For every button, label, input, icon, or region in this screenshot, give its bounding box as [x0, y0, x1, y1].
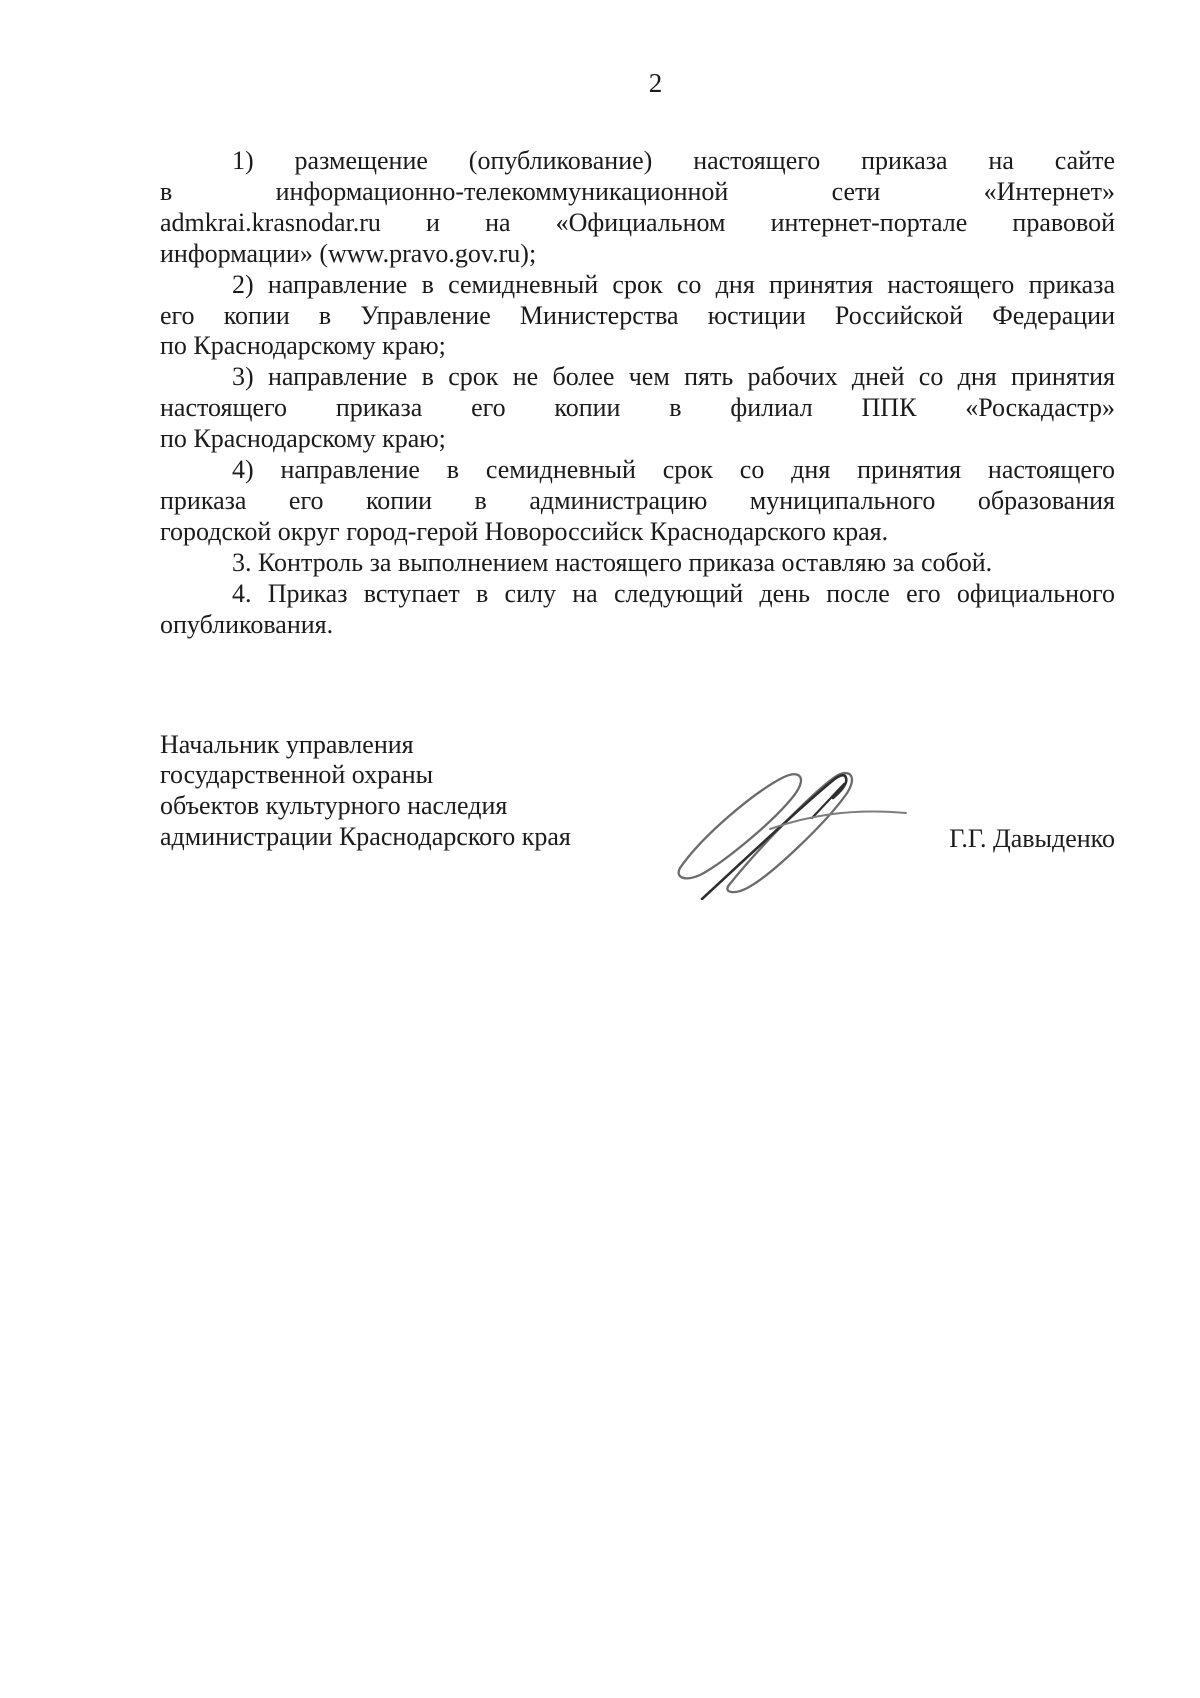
text-line: информации» (www.pravo.gov.ru);: [160, 239, 1115, 270]
paragraph-item-2: 2) направление в семидневный срок со дня…: [160, 270, 1115, 363]
paragraph-item-4: 4) направление в семидневный срок со дня…: [160, 455, 1115, 548]
text-line: в информационно-телекоммуникационной сет…: [160, 177, 1115, 208]
text-line: 1) размещение (опубликование) настоящего…: [160, 146, 1115, 177]
text-line: настоящего приказа его копии в филиал ПП…: [160, 393, 1115, 424]
signer-title-line: объектов культурного наследия: [160, 791, 1115, 822]
document-body: 1) размещение (опубликование) настоящего…: [160, 146, 1115, 641]
document-page: 2 1) размещение (опубликование) настояще…: [0, 0, 1200, 1698]
paragraph-item-1: 1) размещение (опубликование) настоящего…: [160, 146, 1115, 270]
paragraph-entry-into-force: 4. Приказ вступает в силу на следующий д…: [160, 579, 1115, 641]
text-line: 3) направление в срок не более чем пять …: [160, 362, 1115, 393]
signer-title-line: государственной охраны: [160, 760, 1115, 791]
text-line: городской округ город-герой Новороссийск…: [160, 517, 1115, 548]
signer-name: Г.Г. Давыденко: [949, 824, 1115, 855]
text-line: 4. Приказ вступает в силу на следующий д…: [160, 579, 1115, 610]
text-line: по Краснодарскому краю;: [160, 331, 1115, 362]
text-line: 3. Контроль за выполнением настоящего пр…: [160, 548, 1115, 579]
text-line: по Краснодарскому краю;: [160, 424, 1115, 455]
text-line: admkrai.krasnodar.ru и на «Официальном и…: [160, 208, 1115, 239]
paragraph-item-3: 3) направление в срок не более чем пять …: [160, 362, 1115, 455]
text-line: 2) направление в семидневный срок со дня…: [160, 270, 1115, 301]
text-line: приказа его копии в администрацию муници…: [160, 486, 1115, 517]
handwritten-signature: [672, 766, 910, 900]
signer-title-line: Начальник управления: [160, 730, 1115, 761]
text-line: опубликования.: [160, 610, 1115, 641]
paragraph-control: 3. Контроль за выполнением настоящего пр…: [160, 548, 1115, 579]
page-number: 2: [178, 68, 1133, 99]
text-line: его копии в Управление Министерства юсти…: [160, 301, 1115, 332]
text-line: 4) направление в семидневный срок со дня…: [160, 455, 1115, 486]
signature-block: Начальник управления государственной охр…: [160, 730, 1115, 960]
